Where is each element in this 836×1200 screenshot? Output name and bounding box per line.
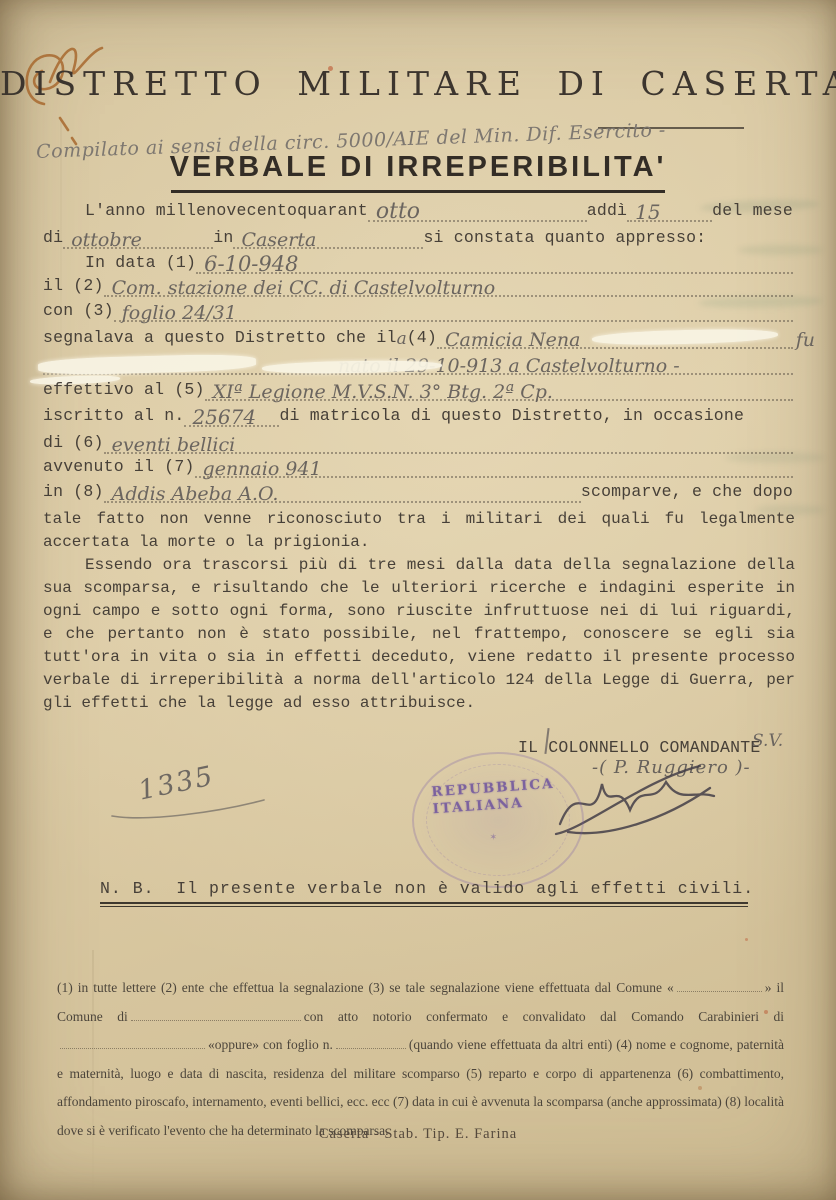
- typed-text: in: [213, 227, 233, 249]
- typed-text: iscritto al n.: [43, 405, 184, 427]
- form-line-month-place: di ottobre in Caserta si constata quanto…: [43, 225, 793, 249]
- footnote-blank: [677, 980, 762, 992]
- handwritten-day: 15: [635, 200, 660, 224]
- nb-underline-thin: [100, 906, 748, 907]
- typed-text: effettivo al (5): [43, 379, 205, 401]
- ink-speck: [745, 938, 748, 941]
- footnote-segment: (quando viene effettuata da altri enti) …: [57, 1037, 784, 1138]
- fill-blank: gennaio 941: [195, 452, 793, 478]
- handwritten-a: a: [397, 329, 407, 349]
- fill-blank: Com. stazione dei CC. di Castelvolturno: [104, 271, 793, 297]
- form-line-year: L'anno millenovecentoquarant otto addì 1…: [43, 198, 793, 222]
- form-line-foglio: con (3) foglio 24/31: [43, 298, 793, 322]
- form-line-ente: il (2) Com. stazione dei CC. di Castelvo…: [43, 273, 793, 297]
- handwritten-name: Camicia Nena: [445, 329, 580, 351]
- fill-blank: foglio 24/31: [114, 296, 793, 322]
- typed-text: in (8): [43, 481, 104, 503]
- typed-text: il (2): [43, 275, 104, 297]
- footnotes: (1) in tutte lettere (2) ente che effett…: [57, 974, 784, 1145]
- handwritten-year: otto: [376, 199, 420, 224]
- fill-blank: Addis Abeba A.O.: [104, 477, 581, 503]
- handwritten-reparto: XIª Legione M.V.S.N. 3° Btg. 2ª Cp.: [213, 381, 553, 403]
- fill-blank: Caserta: [233, 223, 423, 249]
- document-subtitle: VERBALE DI IRREPERIBILITA': [0, 151, 836, 184]
- republic-stamp: REPUBBLICA ITALIANA ✶: [412, 752, 584, 888]
- handwritten-fu: fu: [796, 329, 815, 351]
- footnote-segment: (1) in tutte lettere (2) ente che effett…: [57, 980, 674, 995]
- footnote-blank: [131, 1009, 301, 1021]
- typed-text: L'anno millenovecentoquarant: [85, 200, 368, 222]
- form-line-reparto: effettivo al (5) XIª Legione M.V.S.N. 3°…: [43, 377, 793, 401]
- footnote-blank: [60, 1037, 205, 1049]
- handwritten-foglio: foglio 24/31: [122, 302, 237, 324]
- fill-blank: 15: [627, 196, 712, 222]
- printer-imprint: Caserta - Stab. Tip. E. Farina: [0, 1126, 836, 1143]
- stamp-star-icon: ✶: [490, 830, 497, 844]
- form-line-localita: in (8) Addis Abeba A.O. scomparve, e che…: [43, 479, 793, 503]
- handwritten-month: ottobre: [71, 229, 142, 251]
- nb-underline-thick: [100, 902, 748, 904]
- scanned-document: DISTRETTO MILITARE DI CASERTA Compilato …: [0, 0, 836, 1200]
- fill-blank: XIª Legione M.V.S.N. 3° Btg. 2ª Cp.: [205, 375, 793, 401]
- handwritten-localita: Addis Abeba A.O.: [112, 483, 279, 505]
- body-paragraphs: tale fatto non venne riconosciuto tra i …: [43, 508, 795, 715]
- fill-blank: otto: [368, 196, 587, 222]
- typed-text: segnalava a questo Distretto che il: [43, 327, 397, 349]
- nb-text: N. B. Il presente verbale non è valido a…: [100, 879, 754, 898]
- footnote-segment: «oppure» con foglio n.: [208, 1037, 333, 1052]
- subtitle-underline: [171, 190, 665, 193]
- paragraph: tale fatto non venne riconosciuto tra i …: [43, 508, 795, 554]
- typed-text: di (6): [43, 432, 104, 454]
- fill-blank: ottobre: [63, 223, 213, 249]
- typed-text: si constata quanto appresso:: [423, 227, 706, 249]
- paragraph: Essendo ora trascorsi più di tre mesi da…: [43, 554, 795, 715]
- typed-text: addì: [587, 200, 627, 222]
- typed-text: del mese: [712, 200, 793, 222]
- form-line-avvenuto: avvenuto il (7) gennaio 941: [43, 454, 793, 478]
- handwritten-initials: S.V.: [752, 731, 783, 751]
- form-line-occasione: di (6) eventi bellici: [43, 430, 793, 454]
- typed-text: di: [43, 227, 63, 249]
- document-title: DISTRETTO MILITARE DI CASERTA: [0, 64, 836, 103]
- typed-text: avvenuto il (7): [43, 456, 195, 478]
- pencil-underline-swoosh: [108, 796, 268, 822]
- typed-text: (4): [407, 327, 437, 349]
- typed-text: di matricola di questo Distretto, in occ…: [279, 405, 744, 427]
- handwritten-matricola: 25674: [192, 405, 256, 429]
- typed-text: con (3): [43, 300, 114, 322]
- footnote-segment: con atto notorio confermato e convalidat…: [304, 1009, 784, 1024]
- form-line-matricola: iscritto al n. 25674 di matricola di que…: [43, 403, 793, 427]
- fill-blank: eventi bellici: [104, 428, 793, 454]
- footnote-blank: [336, 1037, 406, 1049]
- fill-blank: 25674: [184, 401, 279, 427]
- typed-text: scomparve, e che dopo: [581, 481, 793, 503]
- nota-bene: N. B. Il presente verbale non è valido a…: [100, 879, 748, 907]
- signer-role: IL COLONNELLO COMANDANTE: [518, 738, 760, 757]
